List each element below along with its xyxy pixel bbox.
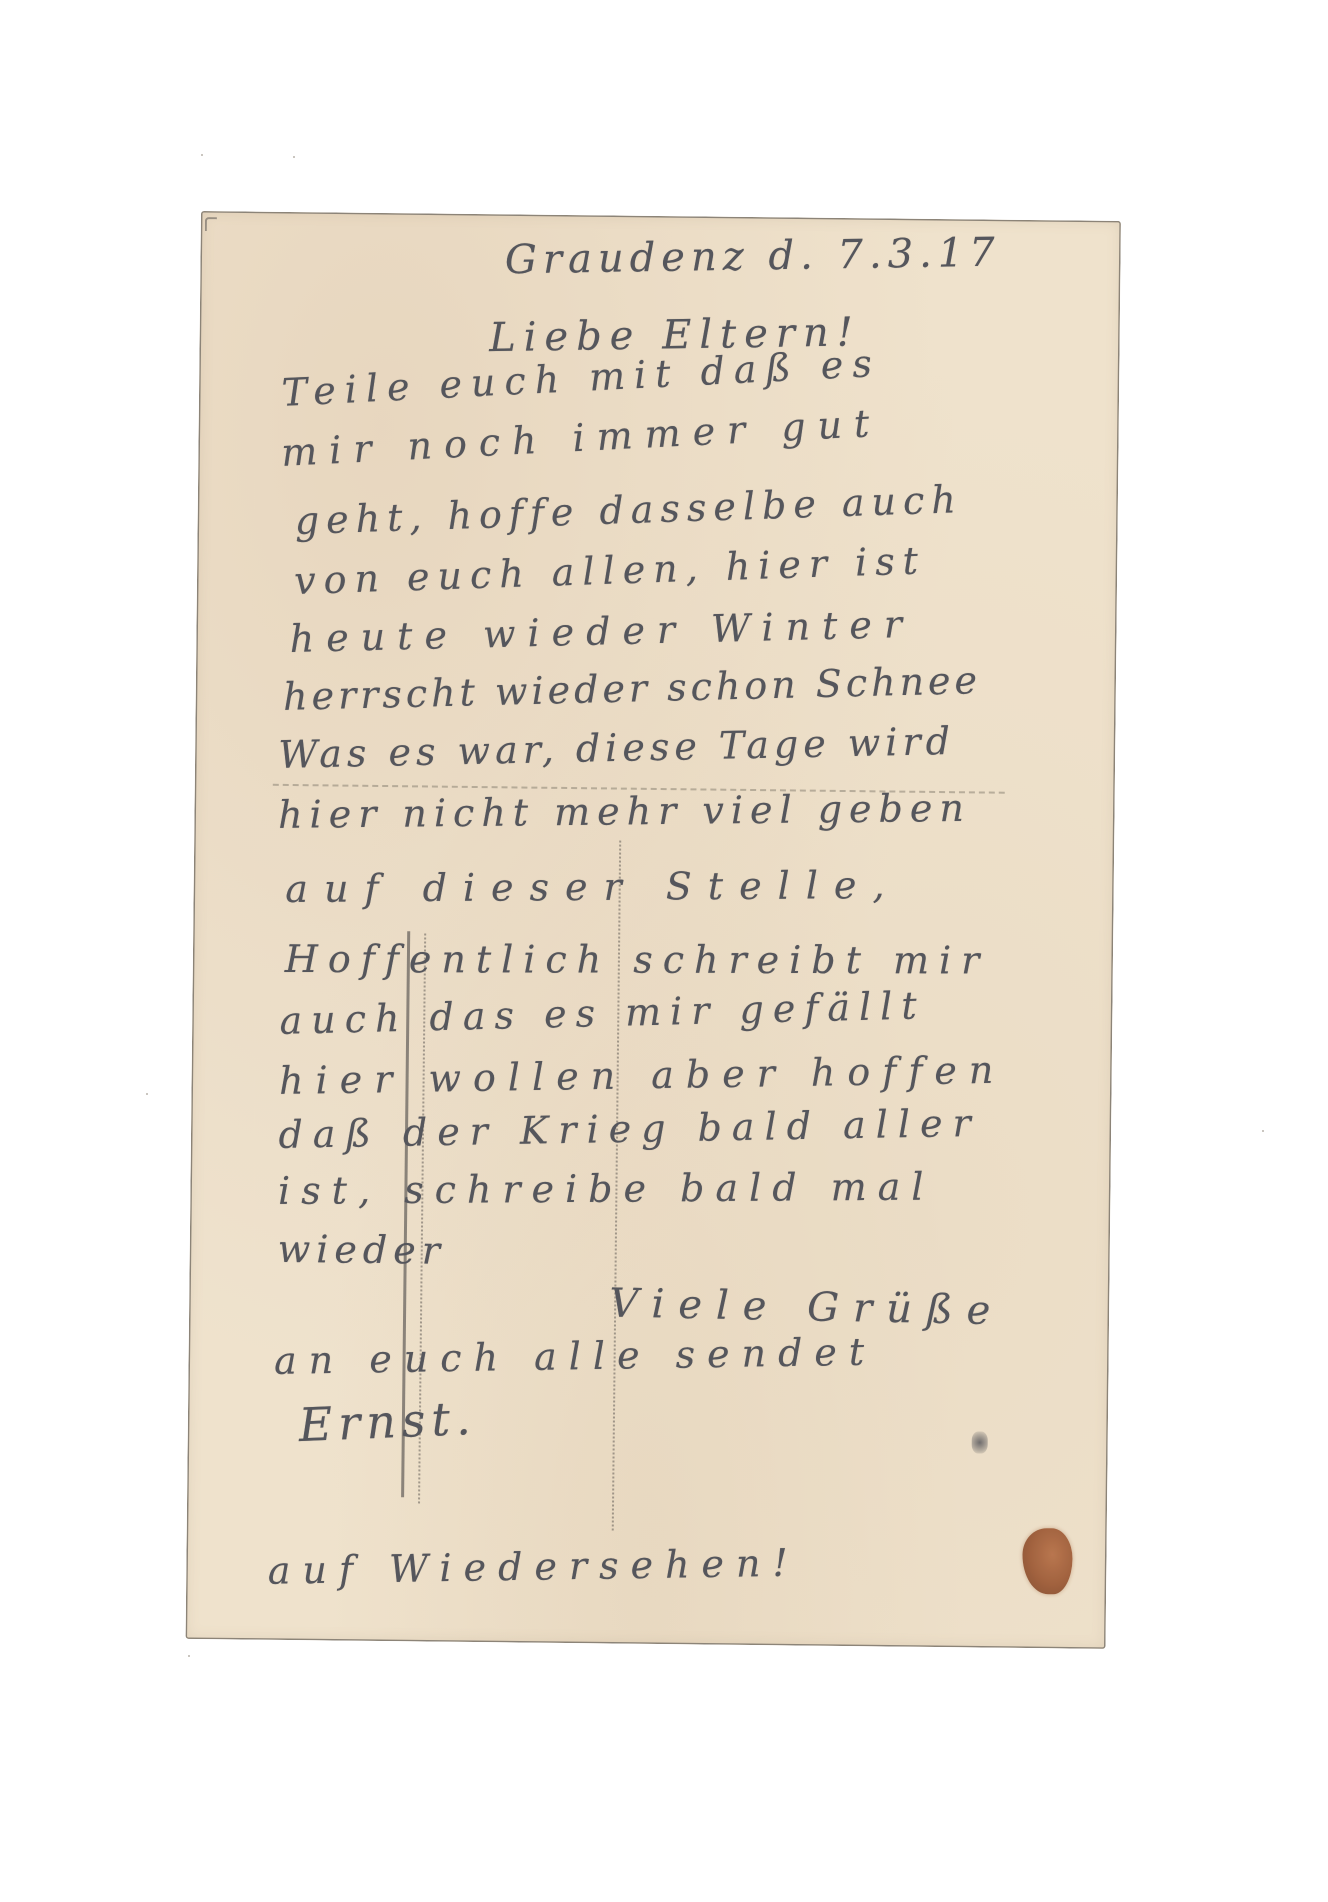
signature: Ernst. [298,1395,478,1448]
body-line-15: wieder [278,1230,447,1270]
place-date-line: Graudenz d. 7.3.17 [505,233,1001,281]
postcard: Graudenz d. 7.3.17 Liebe Eltern! Teile e… [186,211,1121,1649]
closing-line: an euch alle sendet [274,1333,877,1380]
ink-blot [972,1431,988,1453]
scan-speck [201,154,203,156]
body-line-9: auf dieser Stelle, [285,866,900,908]
scan-speck [146,1093,148,1095]
body-line-12: hier wollen aber hoffen [279,1051,1006,1100]
body-line-7: Was es war, diese Tage wird [278,722,955,774]
body-line-3: geht, hoffe dasselbe auch [294,480,963,540]
body-line-11: auch das es mir gefällt [279,986,926,1040]
body-line-5: heute wieder Winter [289,605,914,658]
body-line-8: hier nicht mehr viel geben [278,789,971,834]
body-line-6: herrscht wieder schon Schnee [283,661,982,716]
body-line-14: ist, schreibe bald mal [278,1168,935,1210]
scan-speck [1262,1130,1264,1132]
body-line-10: Hoffentlich schreibt mir [285,940,990,979]
body-line-4: von euch allen, hier ist [294,541,927,600]
scan-speck [188,1655,190,1657]
body-line-2: mir noch immer gut [280,404,882,472]
scan-speck [293,156,295,158]
corner-wear-mark [205,217,217,231]
rust-stain [1022,1528,1073,1595]
postscript: auf Wiedersehen! [268,1544,801,1590]
body-line-13: daß der Krieg bald aller [278,1104,981,1154]
closing-greeting: Viele Grüße [609,1283,1005,1331]
